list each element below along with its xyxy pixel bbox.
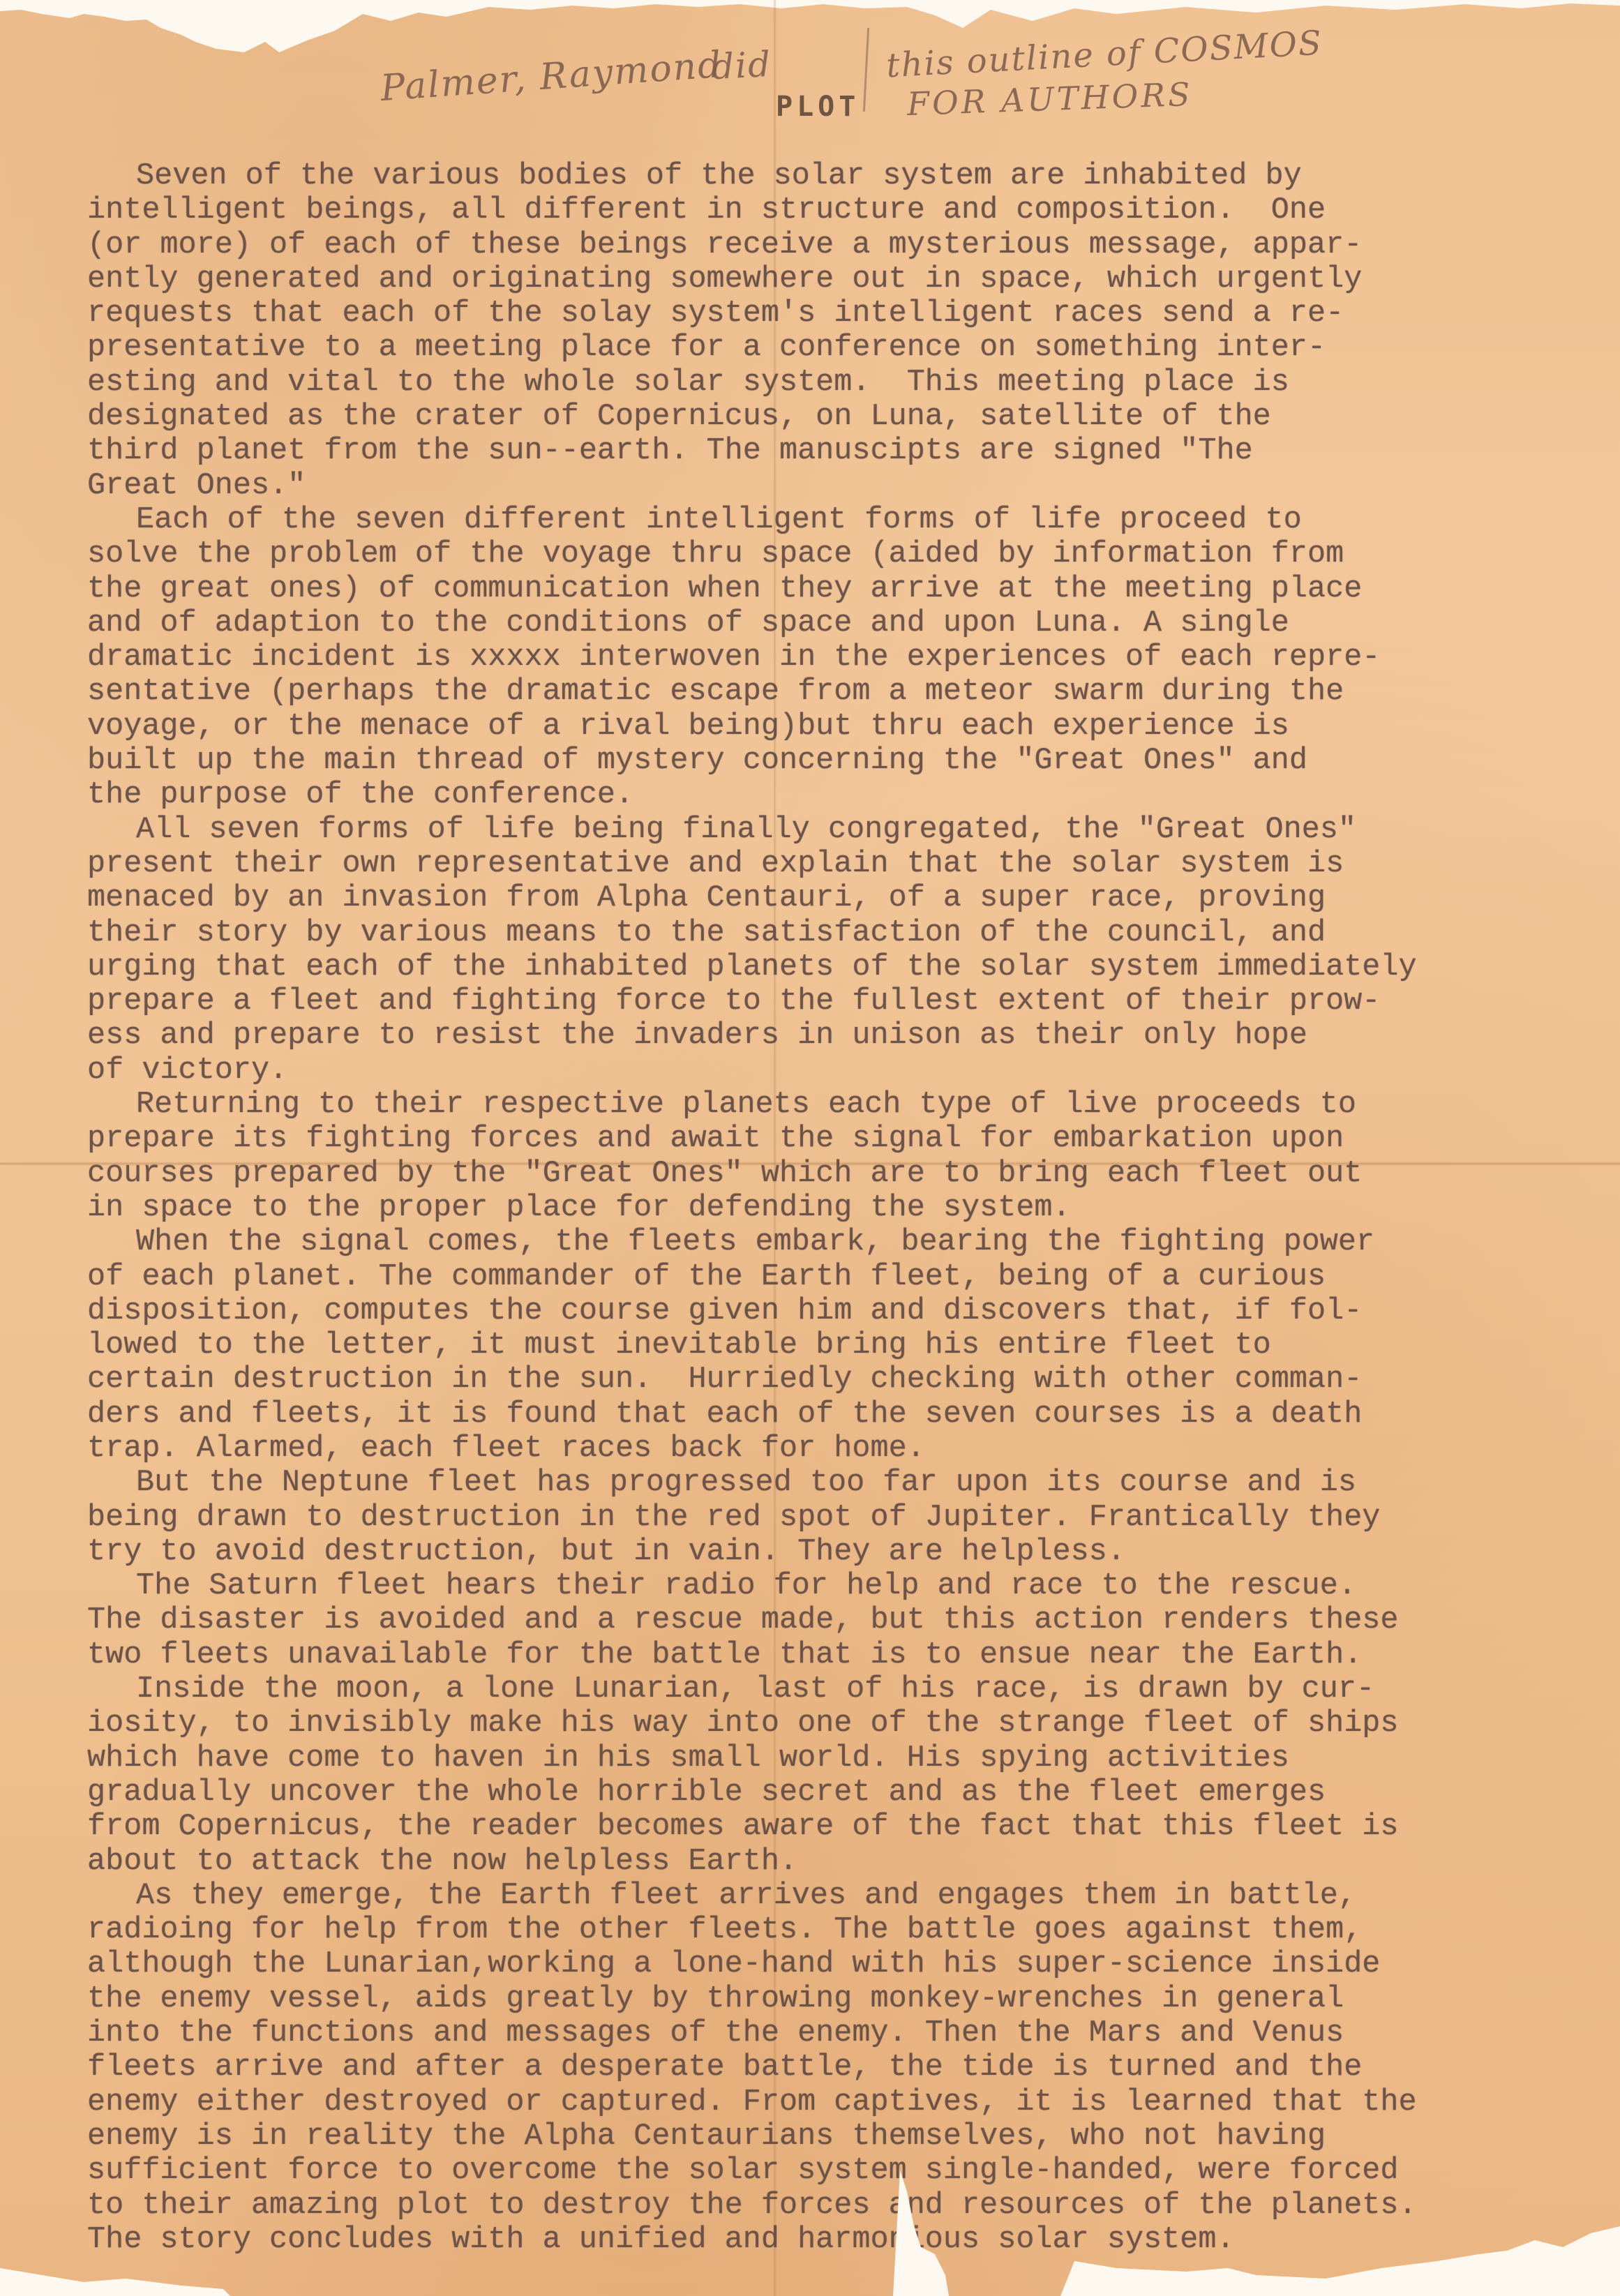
text-line: solve the problem of the voyage thru spa… [87, 537, 1620, 571]
text-line: disposition, computes the course given h… [87, 1294, 1620, 1328]
text-line: third planet from the sun--earth. The ma… [87, 434, 1620, 468]
text-line: which have come to haven in his small wo… [87, 1741, 1620, 1776]
text-line: try to avoid destruction, but in vain. T… [87, 1535, 1620, 1569]
text-line: presentative to a meeting place for a co… [87, 331, 1620, 365]
text-line: courses prepared by the "Great Ones" whi… [87, 1157, 1620, 1191]
text-line: menaced by an invasion from Alpha Centau… [87, 881, 1620, 915]
text-line: But the Neptune fleet has progressed too… [87, 1466, 1620, 1500]
text-line: their story by various means to the sati… [87, 916, 1620, 950]
text-line: Each of the seven different intelligent … [87, 503, 1620, 537]
text-line: the great ones) of communication when th… [87, 572, 1620, 606]
text-line: Great Ones." [87, 469, 1620, 503]
handwritten-note-line2: FOR AUTHORS [906, 75, 1193, 123]
text-line: enemy either destroyed or captured. From… [87, 2085, 1620, 2119]
text-line: ently generated and originating somewher… [87, 262, 1620, 297]
text-line: dramatic incident is xxxxx interwoven in… [87, 640, 1620, 675]
text-line: lowed to the letter, it must inevitable … [87, 1328, 1620, 1363]
text-line: Inside the moon, a lone Lunarian, last o… [87, 1672, 1620, 1706]
text-line: (or more) of each of these beings receiv… [87, 228, 1620, 262]
text-line: esting and vital to the whole solar syst… [87, 366, 1620, 400]
text-line: fleets arrive and after a desperate batt… [87, 2050, 1620, 2085]
document-page: Palmer, Raymond did this outline of COSM… [0, 0, 1620, 2296]
text-line: As they emerge, the Earth fleet arrives … [87, 1879, 1620, 1913]
text-line: the purpose of the conference. [87, 778, 1620, 812]
text-line: certain destruction in the sun. Hurriedl… [87, 1363, 1620, 1397]
torn-top-edge [0, 0, 1620, 63]
text-line: and of adaption to the conditions of spa… [87, 606, 1620, 640]
text-line: in space to the proper place for defendi… [87, 1191, 1620, 1225]
text-line: Seven of the various bodies of the solar… [87, 159, 1620, 193]
text-line: radioing for help from the other fleets.… [87, 1913, 1620, 1947]
document-body: Seven of the various bodies of the solar… [87, 159, 1620, 2257]
text-line: into the functions and messages of the e… [87, 2016, 1620, 2050]
torn-bottom-edge [0, 2129, 1620, 2296]
text-line: When the signal comes, the fleets embark… [87, 1225, 1620, 1259]
text-line: of each planet. The commander of the Ear… [87, 1260, 1620, 1294]
handwritten-verb: did [711, 44, 773, 87]
text-line: requests that each of the solay system's… [87, 297, 1620, 331]
text-line: gradually uncover the whole horrible sec… [87, 1776, 1620, 1810]
text-line: trap. Alarmed, each fleet races back for… [87, 1432, 1620, 1466]
text-line: ders and fleets, it is found that each o… [87, 1397, 1620, 1432]
text-line: voyage, or the menace of a rival being)b… [87, 710, 1620, 744]
text-line: intelligent beings, all different in str… [87, 193, 1620, 227]
text-line: although the Lunarian,working a lone-han… [87, 1947, 1620, 1981]
text-line: The disaster is avoided and a rescue mad… [87, 1603, 1620, 1637]
text-line: two fleets unavailable for the battle th… [87, 1638, 1620, 1672]
text-line: iosity, to invisibly make his way into o… [87, 1706, 1620, 1741]
text-line: from Copernicus, the reader becomes awar… [87, 1810, 1620, 1844]
text-line: prepare its fighting forces and await th… [87, 1122, 1620, 1156]
text-line: The Saturn fleet hears their radio for h… [87, 1569, 1620, 1603]
text-line: the enemy vessel, aids greatly by throwi… [87, 1982, 1620, 2016]
text-line: prepare a fleet and fighting force to th… [87, 984, 1620, 1019]
text-line: built up the main thread of mystery conc… [87, 744, 1620, 778]
text-line: present their own representative and exp… [87, 847, 1620, 881]
text-line: being drawn to destruction in the red sp… [87, 1501, 1620, 1535]
text-line: designated as the crater of Copernicus, … [87, 400, 1620, 434]
text-line: about to attack the now helpless Earth. [87, 1845, 1620, 1879]
text-line: All seven forms of life being finally co… [87, 813, 1620, 847]
text-line: of victory. [87, 1053, 1620, 1088]
text-line: urging that each of the inhabited planet… [87, 950, 1620, 984]
text-line: sentative (perhaps the dramatic escape f… [87, 675, 1620, 709]
text-line: Returning to their respective planets ea… [87, 1088, 1620, 1122]
document-title: PLOT [776, 91, 860, 123]
text-line: ess and prepare to resist the invaders i… [87, 1019, 1620, 1053]
